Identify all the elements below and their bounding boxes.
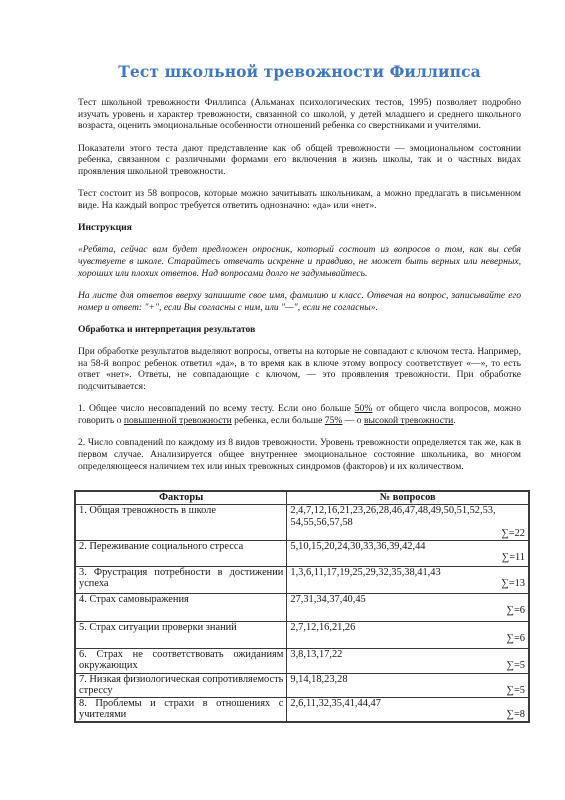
document-page: Тест школьной тревожности Филлипса Тест … (78, 62, 521, 472)
questions-cell: 1,3,6,11,17,19,25,29,32,35,38,41,43∑=13 (287, 566, 529, 593)
table-row: 2. Переживание социального стресса5,10,1… (75, 540, 529, 566)
question-sum: ∑=13 (290, 578, 525, 590)
question-sum: ∑=11 (290, 552, 525, 564)
threshold-75: 75% (325, 415, 343, 426)
processing-heading: Обработка и интерпретация результатов (78, 324, 521, 336)
header-questions: № вопросов (287, 491, 529, 505)
question-sum: ∑=5 (290, 685, 525, 697)
processing-item-1: 1. Общее число несовпадений по всему тес… (78, 403, 521, 426)
factor-cell: 7. Низкая физиологическая сопротивляемос… (75, 673, 287, 697)
questions-cell: 2,7,12,16,21,26∑=6 (287, 621, 529, 648)
table-row: 6. Страх не соответствовать ожиданиям ок… (75, 648, 529, 673)
factor-cell: 2. Переживание социального стресса (75, 540, 287, 566)
questions-cell: 27,31,34,37,40,45∑=6 (287, 593, 529, 621)
item1-text: ребенка, если больше (232, 415, 325, 426)
threshold-50: 50% (355, 403, 373, 414)
question-numbers: 2,4,7,12,16,21,23,26,28,46,47,48,49,50,5… (290, 505, 525, 528)
instruction-heading: Инструкция (78, 222, 521, 234)
level-high: высокой тревожности (364, 415, 453, 426)
factor-cell: 4. Страх самовыражения (75, 593, 287, 621)
factors-table: Факторы № вопросов 1. Общая тревожность … (74, 490, 530, 723)
question-numbers: 1,3,6,11,17,19,25,29,32,35,38,41,43 (290, 567, 525, 579)
factor-cell: 5. Страх ситуации проверки знаний (75, 621, 287, 648)
processing-item-2: 2. Число совпадений по каждому из 8 видо… (78, 437, 521, 472)
header-factors: Факторы (75, 491, 287, 505)
structure-paragraph: Тест состоит из 58 вопросов, которые мож… (78, 188, 521, 211)
instruction-text-1: «Ребята, сейчас вам будет предложен опро… (78, 244, 521, 279)
item1-text: 1. Общее число несовпадений по всему тес… (78, 403, 355, 414)
question-numbers: 27,31,34,37,40,45 (290, 594, 525, 606)
factor-cell: 8. Проблемы и страхи в отношениях с учит… (75, 697, 287, 722)
questions-cell: 5,10,15,20,24,30,33,36,39,42,44∑=11 (287, 540, 529, 566)
table-row: 3. Фрустрация потребности в достижении у… (75, 566, 529, 593)
question-sum: ∑=6 (290, 605, 525, 617)
table-row: 5. Страх ситуации проверки знаний2,7,12,… (75, 621, 529, 648)
table-row: 1. Общая тревожность в школе2,4,7,12,16,… (75, 505, 529, 541)
indicators-paragraph: Показатели этого теста дают представлени… (78, 143, 521, 178)
question-sum: ∑=22 (290, 528, 525, 540)
item1-text: — о (342, 415, 364, 426)
questions-cell: 2,6,11,32,35,41,44,47∑=8 (287, 697, 529, 722)
instruction-text-2: На листе для ответов вверху запишите сво… (78, 290, 521, 313)
question-numbers: 3,8,13,17,22 (290, 649, 525, 661)
table-row: 8. Проблемы и страхи в отношениях с учит… (75, 697, 529, 722)
factor-cell: 3. Фрустрация потребности в достижении у… (75, 566, 287, 593)
questions-cell: 9,14,18,23,28∑=5 (287, 673, 529, 697)
factor-cell: 1. Общая тревожность в школе (75, 505, 287, 541)
processing-paragraph: При обработке результатов выделяют вопро… (78, 346, 521, 393)
level-elevated: повышенной тревожности (124, 415, 232, 426)
questions-cell: 3,8,13,17,22∑=5 (287, 648, 529, 673)
table-row: 7. Низкая физиологическая сопротивляемос… (75, 673, 529, 697)
question-sum: ∑=5 (290, 660, 525, 672)
question-sum: ∑=8 (290, 709, 525, 721)
page-title: Тест школьной тревожности Филлипса (78, 62, 521, 81)
question-numbers: 2,6,11,32,35,41,44,47 (290, 698, 525, 710)
factor-cell: 6. Страх не соответствовать ожиданиям ок… (75, 648, 287, 673)
question-sum: ∑=6 (290, 633, 525, 645)
table-row: 4. Страх самовыражения27,31,34,37,40,45∑… (75, 593, 529, 621)
item1-text: . (453, 415, 455, 426)
intro-paragraph: Тест школьной тревожности Филлипса (Альм… (78, 97, 521, 132)
question-numbers: 9,14,18,23,28 (290, 674, 525, 686)
question-numbers: 2,7,12,16,21,26 (290, 622, 525, 634)
question-numbers: 5,10,15,20,24,30,33,36,39,42,44 (290, 541, 525, 553)
questions-cell: 2,4,7,12,16,21,23,26,28,46,47,48,49,50,5… (287, 505, 529, 541)
